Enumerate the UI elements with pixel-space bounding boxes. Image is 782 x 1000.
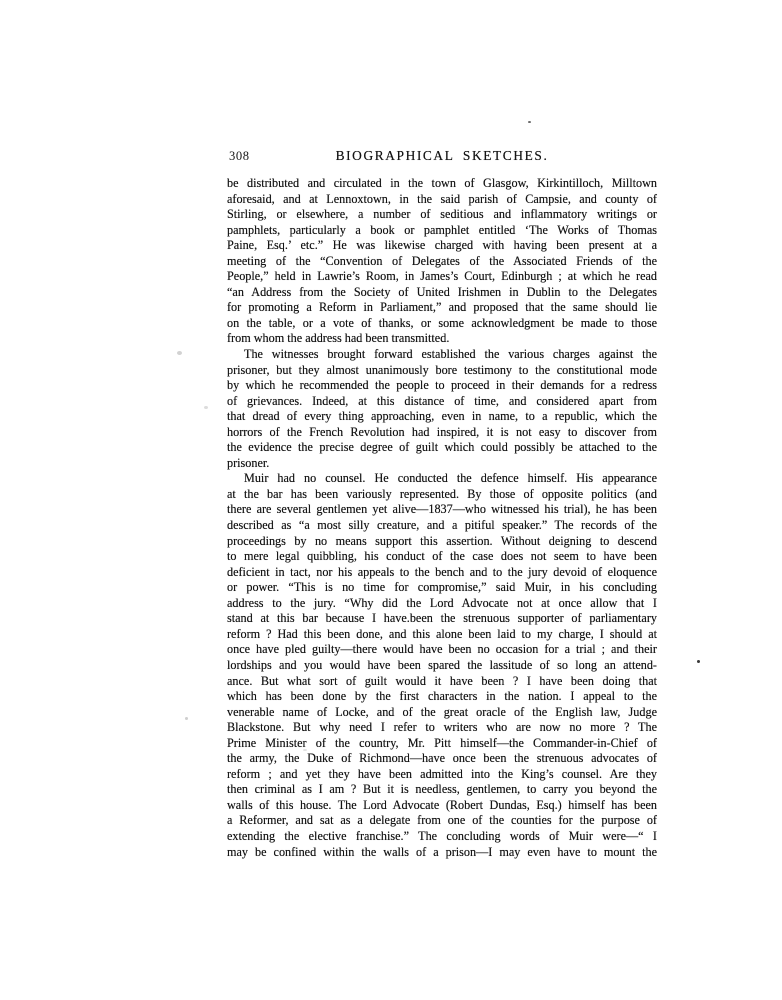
text-line: at the bar has been variously represente… — [227, 487, 657, 503]
scan-speck — [697, 660, 700, 663]
text-line: described as “a most silly creature, and… — [227, 518, 657, 534]
text-line: Paine, Esq.’ etc.” He was likewise charg… — [227, 238, 657, 254]
page-header: 308 BIOGRAPHICAL SKETCHES. — [227, 148, 657, 166]
text-line: Prime Minister of the country, Mr. Pitt … — [227, 736, 657, 752]
text-line: of grievances. Indeed, at this distance … — [227, 394, 657, 410]
text-line: a Reformer, and sat as a delegate from o… — [227, 813, 657, 829]
text-line: then criminal as I am ? But it is needle… — [227, 782, 657, 798]
text-line: deficient in tact, nor his appeals to th… — [227, 565, 657, 581]
text-line: The witnesses brought forward establishe… — [227, 347, 657, 363]
text-line: Blackstone. But why need I refer to writ… — [227, 720, 657, 736]
text-line: from whom the address had been transmitt… — [227, 331, 657, 347]
text-line: there are several gentlemen yet alive—18… — [227, 502, 657, 518]
text-line: lordships and you would have been spared… — [227, 658, 657, 674]
text-line: Stirling, or elsewhere, a number of sedi… — [227, 207, 657, 223]
text-line: on the table, or a vote of thanks, or so… — [227, 316, 657, 332]
text-line: once have pled guilty—there would have b… — [227, 642, 657, 658]
text-line: the army, the Duke of Richmond—have once… — [227, 751, 657, 767]
text-line: reform ; and yet they have been admitted… — [227, 767, 657, 783]
text-line: to mere legal quibbling, his conduct of … — [227, 549, 657, 565]
text-line: “an Address from the Society of United I… — [227, 285, 657, 301]
text-line: which has been done by the first charact… — [227, 689, 657, 705]
text-line: may be confined within the walls of a pr… — [227, 845, 657, 861]
scan-speck — [177, 351, 182, 355]
text-line: or power. “This is no time for compromis… — [227, 580, 657, 596]
text-line: be distributed and circulated in the tow… — [227, 176, 657, 192]
book-page: 308 BIOGRAPHICAL SKETCHES. be distribute… — [0, 0, 782, 1000]
text-line: aforesaid, and at Lennoxtown, in the sai… — [227, 192, 657, 208]
page-number: 308 — [229, 149, 250, 164]
text-line: People,” held in Lawrie’s Room, in James… — [227, 269, 657, 285]
text-line: address to the jury. “Why did the Lord A… — [227, 596, 657, 612]
body-text: be distributed and circulated in the tow… — [227, 176, 657, 860]
scan-speck — [528, 121, 531, 123]
text-line: reform ? Had this been done, and this al… — [227, 627, 657, 643]
scan-speck — [204, 406, 208, 409]
text-line: pamphlets, particularly a book or pamphl… — [227, 223, 657, 239]
text-line: the evidence the precise degree of guilt… — [227, 440, 657, 456]
text-line: venerable name of Locke, and of the grea… — [227, 705, 657, 721]
text-line: meeting of the “Convention of Delegates … — [227, 254, 657, 270]
scan-speck — [185, 717, 188, 720]
text-line: Muir had no counsel. He conducted the de… — [227, 471, 657, 487]
text-line: by which he recommended the people to pr… — [227, 378, 657, 394]
text-line: stand at this bar because I have.been th… — [227, 611, 657, 627]
page-title: BIOGRAPHICAL SKETCHES. — [227, 148, 657, 164]
text-line: extending the elective franchise.” The c… — [227, 829, 657, 845]
text-line: ance. But what sort of guilt would it ha… — [227, 674, 657, 690]
text-line: prisoner. — [227, 456, 657, 472]
text-line: proceedings by no means support this ass… — [227, 534, 657, 550]
text-line: horrors of the French Revolution had ins… — [227, 425, 657, 441]
text-line: that dread of every thing approaching, e… — [227, 409, 657, 425]
text-line: prisoner, but they almost unanimously bo… — [227, 363, 657, 379]
text-line: walls of this house. The Lord Advocate (… — [227, 798, 657, 814]
text-line: for promoting a Reform in Parliament,” a… — [227, 300, 657, 316]
